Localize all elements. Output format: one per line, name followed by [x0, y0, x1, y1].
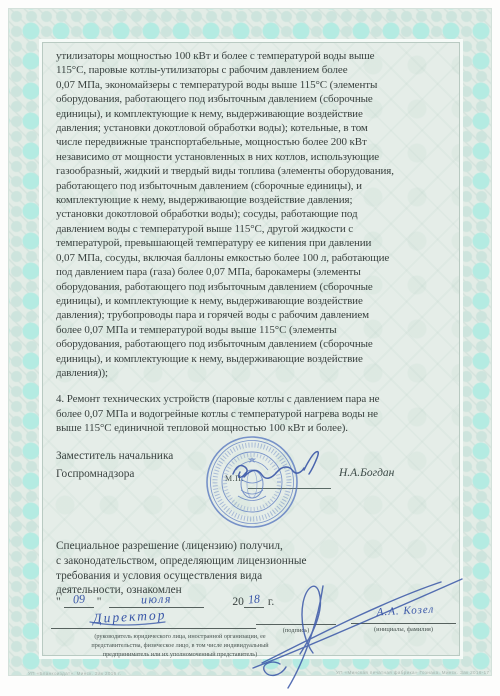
paragraph-line: более 0,07 МПа и температурой воды выше … — [56, 323, 455, 337]
caption-line: представительства, физическое лицо, в то… — [45, 641, 315, 650]
paragraph-line: газообразный, жидкий и твердый виды топл… — [56, 164, 455, 178]
recipient-handwritten-title: Директор — [93, 607, 167, 627]
paragraph-line: работающего под избыточным давлением (сб… — [56, 179, 455, 193]
month-blank: июля — [109, 592, 204, 608]
paragraph-line: давления); трубопроводы пара и горячей в… — [56, 308, 455, 322]
mp-mark: М.П. — [225, 474, 244, 483]
paragraph-line: комплектующие к нему, выдерживающие возд… — [56, 193, 455, 207]
official-signature-line — [248, 488, 331, 489]
paragraph-line: единицы), и комплектующие к нему, выдерж… — [56, 294, 455, 308]
paragraph-line: единицы), и комплектующие к нему, выдерж… — [56, 352, 455, 366]
recipient-handwritten-name: А.А. Козел — [358, 603, 453, 620]
signature-blank-line — [256, 624, 336, 625]
year-prefix: 20 — [232, 596, 244, 608]
year-suffix: г. — [268, 596, 274, 608]
paragraph-line: давлением воды с температурой выше 115°С… — [56, 222, 455, 236]
paragraph-line: оборудования, работающего под избыточным… — [56, 280, 455, 294]
body-paragraph: утилизаторы мощностью 100 кВт и более с … — [56, 49, 455, 436]
day-value: 09 — [72, 592, 85, 608]
paragraph-line: 0,07 МПа, экономайзеры с температурой во… — [56, 78, 455, 92]
document-sheet: утилизаторы мощностью 100 кВт и более с … — [42, 42, 460, 656]
paragraph-line: 115°С, паровые котлы-утилизаторы с рабоч… — [56, 63, 455, 77]
caption-line: предприниматель или их уполномоченный пр… — [45, 650, 315, 659]
open-quote: " — [56, 596, 61, 608]
official-title: Заместитель начальника Госпромнадзора — [56, 447, 173, 483]
initials-caption: (инициалы, фамилия) — [346, 626, 461, 633]
paragraph-line: более 0,07 МПа и водогрейные котлы с тем… — [56, 407, 455, 421]
paragraph-line: 4. Ремонт технических устройств (паровые… — [56, 392, 455, 406]
imprint-right: УП «Минская печатная фабрика» Гознака. М… — [336, 670, 489, 675]
paragraph-line: давления)); — [56, 366, 455, 380]
official-name: Н.А.Богдан — [339, 467, 394, 479]
initials-blank-line — [351, 623, 456, 624]
year-value: 18 — [247, 592, 260, 608]
imprint-left: УП «Бланкоиздат». Минск. Зак 2016 г. — [28, 671, 121, 676]
paragraph-line: оборудования, работающего под избыточным… — [56, 337, 455, 351]
day-blank: 09 — [64, 592, 94, 608]
paragraph-line: утилизаторы мощностью 100 кВт и более с … — [56, 49, 455, 63]
paragraph-line: установки докотловой обработки воды); со… — [56, 207, 455, 221]
paragraph-line: выше 115°С единичной тепловой мощностью … — [56, 421, 455, 435]
paragraph-line: 0,07 МПа, сосуды, включая баллоны емкост… — [56, 251, 455, 265]
signature-caption: (подпись) — [256, 627, 336, 634]
paragraph-line: единицы), и комплектующие к нему, выдерж… — [56, 107, 455, 121]
paragraph-line: давления; установки докотловой обработки… — [56, 121, 455, 135]
paragraph-line: независимо от мощности установленных в н… — [56, 150, 455, 164]
acknowledgement-paragraph: Специальное разрешение (лицензию) получи… — [56, 539, 307, 598]
year-blank: 18 — [244, 592, 264, 608]
licensed-works-paragraph: утилизаторы мощностью 100 кВт и более с … — [56, 49, 455, 380]
paragraph-line: с законодательством, определяющим лиценз… — [56, 554, 307, 569]
date-line: " 09 " июля 20 18 г. — [56, 592, 274, 608]
paragraph-line: требования и условия осуществления вида — [56, 569, 307, 584]
paragraph-line: под давлением пара (газа) более 0,07 МПа… — [56, 265, 455, 279]
paragraph-line: оборудования, работающего под избыточным… — [56, 92, 455, 106]
repair-paragraph: 4. Ремонт технических устройств (паровые… — [56, 392, 455, 435]
paragraph-line: Специальное разрешение (лицензию) получи… — [56, 539, 307, 554]
month-value: июля — [141, 591, 172, 607]
paragraph-line: числе передвижные транспортабельные, мощ… — [56, 135, 455, 149]
recipient-role-caption: (руководитель юридического лица, иностра… — [45, 632, 315, 659]
paragraph-line: температурой, превышающей температуру ее… — [56, 236, 455, 250]
license-document-page: утилизаторы мощностью 100 кВт и более с … — [0, 0, 500, 696]
close-quote: " — [97, 596, 102, 608]
recipient-signature-line — [51, 628, 256, 629]
